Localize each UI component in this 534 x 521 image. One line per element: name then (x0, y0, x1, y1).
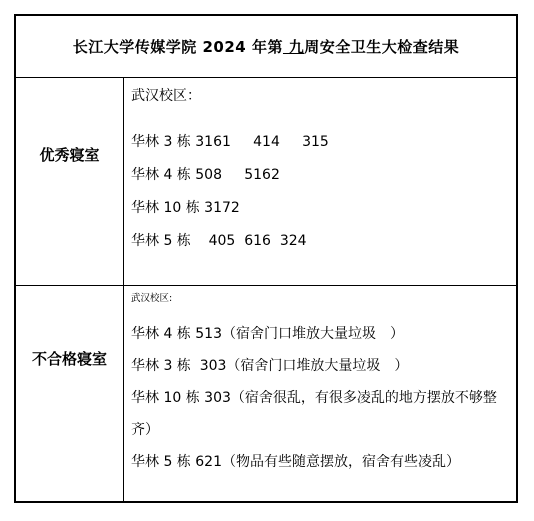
row-failing-dorms: 不合格寝室 武汉校区: 华林 4 栋 513（宿舍门口堆放大量垃圾 ） 华林 3… (16, 286, 516, 501)
table-header-row: 长江大学传媒学院 2024 年第 九周安全卫生大检查结果 (16, 16, 516, 78)
dorm-line: 华林 3 栋 303（宿舍门口堆放大量垃圾 ） (131, 350, 508, 382)
title-suffix: 周安全卫生大检查结果 (304, 38, 459, 56)
document-page: 长江大学传媒学院 2024 年第 九周安全卫生大检查结果 优秀寝室 武汉校区： … (0, 0, 534, 521)
row-excellent-dorms: 优秀寝室 武汉校区： 华林 3 栋 3161 414 315 华林 4 栋 50… (16, 78, 516, 286)
campus-heading-small: 武汉校区: (131, 292, 508, 305)
dorm-line: 华林 5 栋 621（物品有些随意摆放，宿舍有些凌乱） (131, 446, 508, 478)
dorm-line: 华林 4 栋 508 5162 (131, 165, 508, 185)
excellent-content-cell: 武汉校区： 华林 3 栋 3161 414 315 华林 4 栋 508 516… (124, 78, 516, 285)
dorm-line: 华林 5 栋 405 616 324 (131, 231, 508, 251)
table-title: 长江大学传媒学院 2024 年第 九周安全卫生大检查结果 (73, 36, 459, 57)
excellent-label: 优秀寝室 (39, 144, 99, 165)
title-prefix: 长江大学传媒学院 2024 年第 (73, 38, 283, 56)
failing-content-cell: 武汉校区: 华林 4 栋 513（宿舍门口堆放大量垃圾 ） 华林 3 栋 303… (124, 286, 516, 501)
campus-heading: 武汉校区： (131, 86, 508, 106)
failing-label-cell: 不合格寝室 (16, 286, 124, 501)
excellent-label-cell: 优秀寝室 (16, 78, 124, 285)
failing-label: 不合格寝室 (32, 348, 107, 369)
dorm-line: 华林 10 栋 303（宿舍很乱，有很多凌乱的地方摆放不够整齐） (131, 382, 508, 446)
title-week-blank: 九 (283, 38, 304, 56)
dorm-line: 华林 4 栋 513（宿舍门口堆放大量垃圾 ） (131, 318, 508, 350)
dorm-line: 华林 3 栋 3161 414 315 (131, 132, 508, 152)
inspection-results-table: 长江大学传媒学院 2024 年第 九周安全卫生大检查结果 优秀寝室 武汉校区： … (14, 14, 518, 503)
dorm-line: 华林 10 栋 3172 (131, 198, 508, 218)
